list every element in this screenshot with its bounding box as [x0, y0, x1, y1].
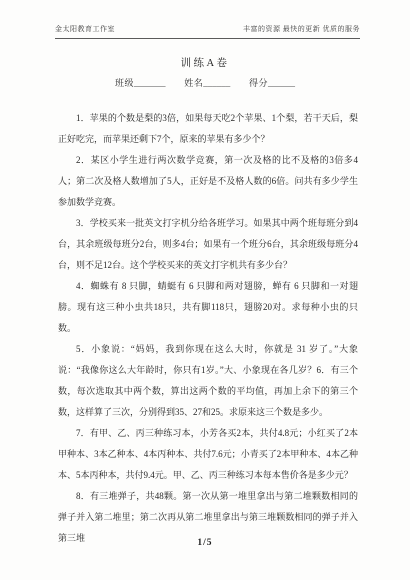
name-blank: ______ [203, 78, 230, 88]
name-label: 姓名 [184, 78, 203, 88]
page-number: 1/5 [0, 538, 410, 548]
question-3: 3．学校买来一批英文打字机分给各班学习。如果其中两个班每班分到4台，其余班级每班… [58, 213, 358, 276]
class-field: 班级_______ [115, 78, 166, 88]
question-1: 1．苹果的个数是梨的3倍，如果每天吃2个苹果、1个梨，若干天后，梨正好吃完，而苹… [58, 108, 358, 150]
score-blank: ______ [268, 78, 295, 88]
worksheet-page: 金太阳教育工作室 丰富的资源 最快的更新 优质的服务 训练A卷 班级______… [0, 0, 410, 580]
class-blank: _______ [134, 78, 166, 88]
page-title: 训练A卷 [0, 55, 410, 70]
info-line: 班级_______ 姓名______ 得分______ [0, 76, 410, 89]
score-label: 得分 [249, 78, 268, 88]
questions-body: 1．苹果的个数是梨的3倍，如果每天吃2个苹果、1个梨，若干天后，梨正好吃完，而苹… [58, 108, 358, 549]
header-studio-name: 金太阳教育工作室 [55, 24, 115, 34]
class-label: 班级 [115, 78, 134, 88]
question-5-6: 5．小象说：“妈妈，我到你现在这么大时，你就是 31 岁了。”大象说：“我像你这… [58, 339, 358, 423]
name-field: 姓名______ [184, 78, 230, 88]
score-field: 得分______ [249, 78, 295, 88]
question-2: 2．某区小学生进行两次数学竞赛，第一次及格的比不及格的3倍多4人；第二次及格人数… [58, 150, 358, 213]
page-header: 金太阳教育工作室 丰富的资源 最快的更新 优质的服务 [55, 24, 360, 39]
question-7: 7．有甲、乙、丙三种练习本，小芳各买2本，共付4.8元；小红买了2本甲种本、3本… [58, 423, 358, 486]
header-slogan: 丰富的资源 最快的更新 优质的服务 [243, 24, 360, 34]
question-4: 4．蜘蛛有 8 只脚，蜻蜓有 6 只脚和两对翅膀，蝉有 6 只脚和一对翅膀。现有… [58, 276, 358, 339]
